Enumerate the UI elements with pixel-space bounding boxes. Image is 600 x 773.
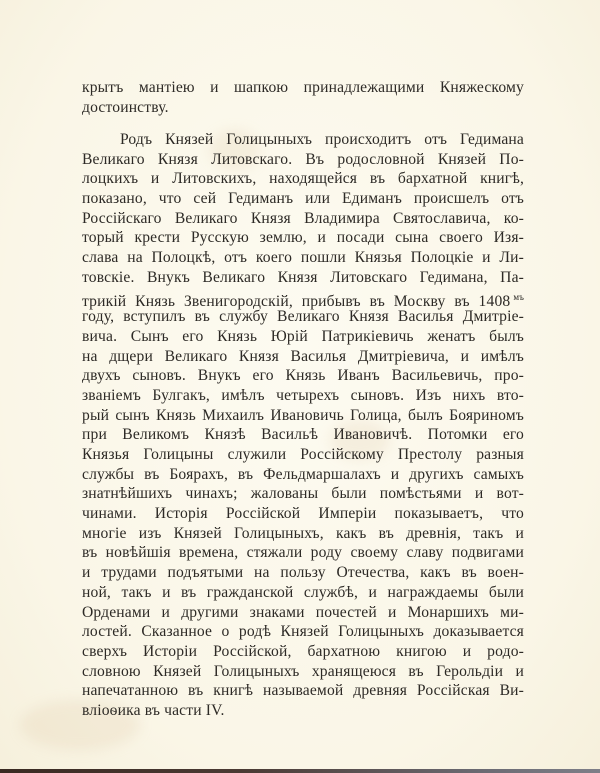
text-line: Родъ Князей Голицыныхъ происходитъ отъ Г… — [82, 130, 524, 150]
text-line-with-year: трикій Князь Звенигородскій, прибывъ въ … — [82, 288, 524, 308]
text-line: знатнѣйшихъ чинахъ; жалованы были помѣст… — [82, 484, 524, 504]
text-line: товскіе. Внукъ Великаго Князя Литовскаго… — [82, 268, 524, 288]
scan-bottom-edge — [0, 769, 600, 773]
text-line: слава на Полоцкѣ, отъ коего пошли Князья… — [82, 248, 524, 268]
year-suffix: мъ — [513, 292, 524, 302]
text-line: ной, такъ и въ гражданской службѣ, и наг… — [82, 583, 524, 603]
text-line: чинами. Исторія Россійской Имперіи показ… — [82, 504, 524, 524]
text-line: вича. Сынъ его Князь Юрій Патрикіевичь ж… — [82, 327, 524, 347]
text-line: году, вступилъ въ службу Великаго Князя … — [82, 307, 524, 327]
text-line: лоцкихъ и Литовскихъ, находящейся въ бар… — [82, 169, 524, 189]
text-line: Орденами и другими знаками почестей и Мо… — [82, 603, 524, 623]
text-line: крытъ мантіею и шапкою принадлежащими Кн… — [82, 78, 524, 98]
text-line: сверхъ Исторіи Россійской, бархатною кни… — [82, 642, 524, 662]
text-line: службы въ Боярахъ, въ Фельдмаршалахъ и д… — [82, 465, 524, 485]
text-line: рый сынъ Князь Михаилъ Ивановичь Голица,… — [82, 406, 524, 426]
book-page: крытъ мантіею и шапкою принадлежащими Кн… — [0, 0, 600, 769]
text-line: въ новѣйшія времена, стяжали роду своему… — [82, 543, 524, 563]
text-line: Россійскаго Великаго Князя Владимира Свя… — [82, 209, 524, 229]
text-line: многіе изъ Князей Голицыныхъ, какъ въ др… — [82, 524, 524, 544]
text-line: лостей. Сказанное о родѣ Князей Голицыны… — [82, 622, 524, 642]
text-line: показано, что сей Гедиманъ или Едиманъ п… — [82, 189, 524, 209]
text-line: напечатанною въ книгѣ называемой древняя… — [82, 681, 524, 701]
intro-text: крытъ мантіею и шапкою принадлежащими Кн… — [82, 78, 524, 117]
main-paragraph: Родъ Князей Голицыныхъ происходитъ отъ Г… — [82, 130, 524, 721]
text-line: Князья Голицыны служили Россійскому Прес… — [82, 445, 524, 465]
text-line: двухъ сыновъ. Внукъ его Князь Иванъ Васи… — [82, 366, 524, 386]
text-line: и трудами подъятыми на пользу Отечества,… — [82, 563, 524, 583]
text-line: торый крести Русскую землю, и посади сын… — [82, 228, 524, 248]
text-line: вліоѳика въ части IV. — [82, 701, 524, 721]
text-line: словною Князей Голицыныхъ хранящеюся въ … — [82, 662, 524, 682]
text-line: при Великомъ Князѣ Васильѣ Ивановичѣ. По… — [82, 425, 524, 445]
text-line: званіемъ Булгакъ, имѣлъ четырехъ сыновъ.… — [82, 386, 524, 406]
text-line: Великаго Князя Литовскаго. Въ родословно… — [82, 150, 524, 170]
text-line: на дщери Великаго Князя Василья Дмитріев… — [82, 347, 524, 367]
text-line: достоинству. — [82, 98, 524, 118]
